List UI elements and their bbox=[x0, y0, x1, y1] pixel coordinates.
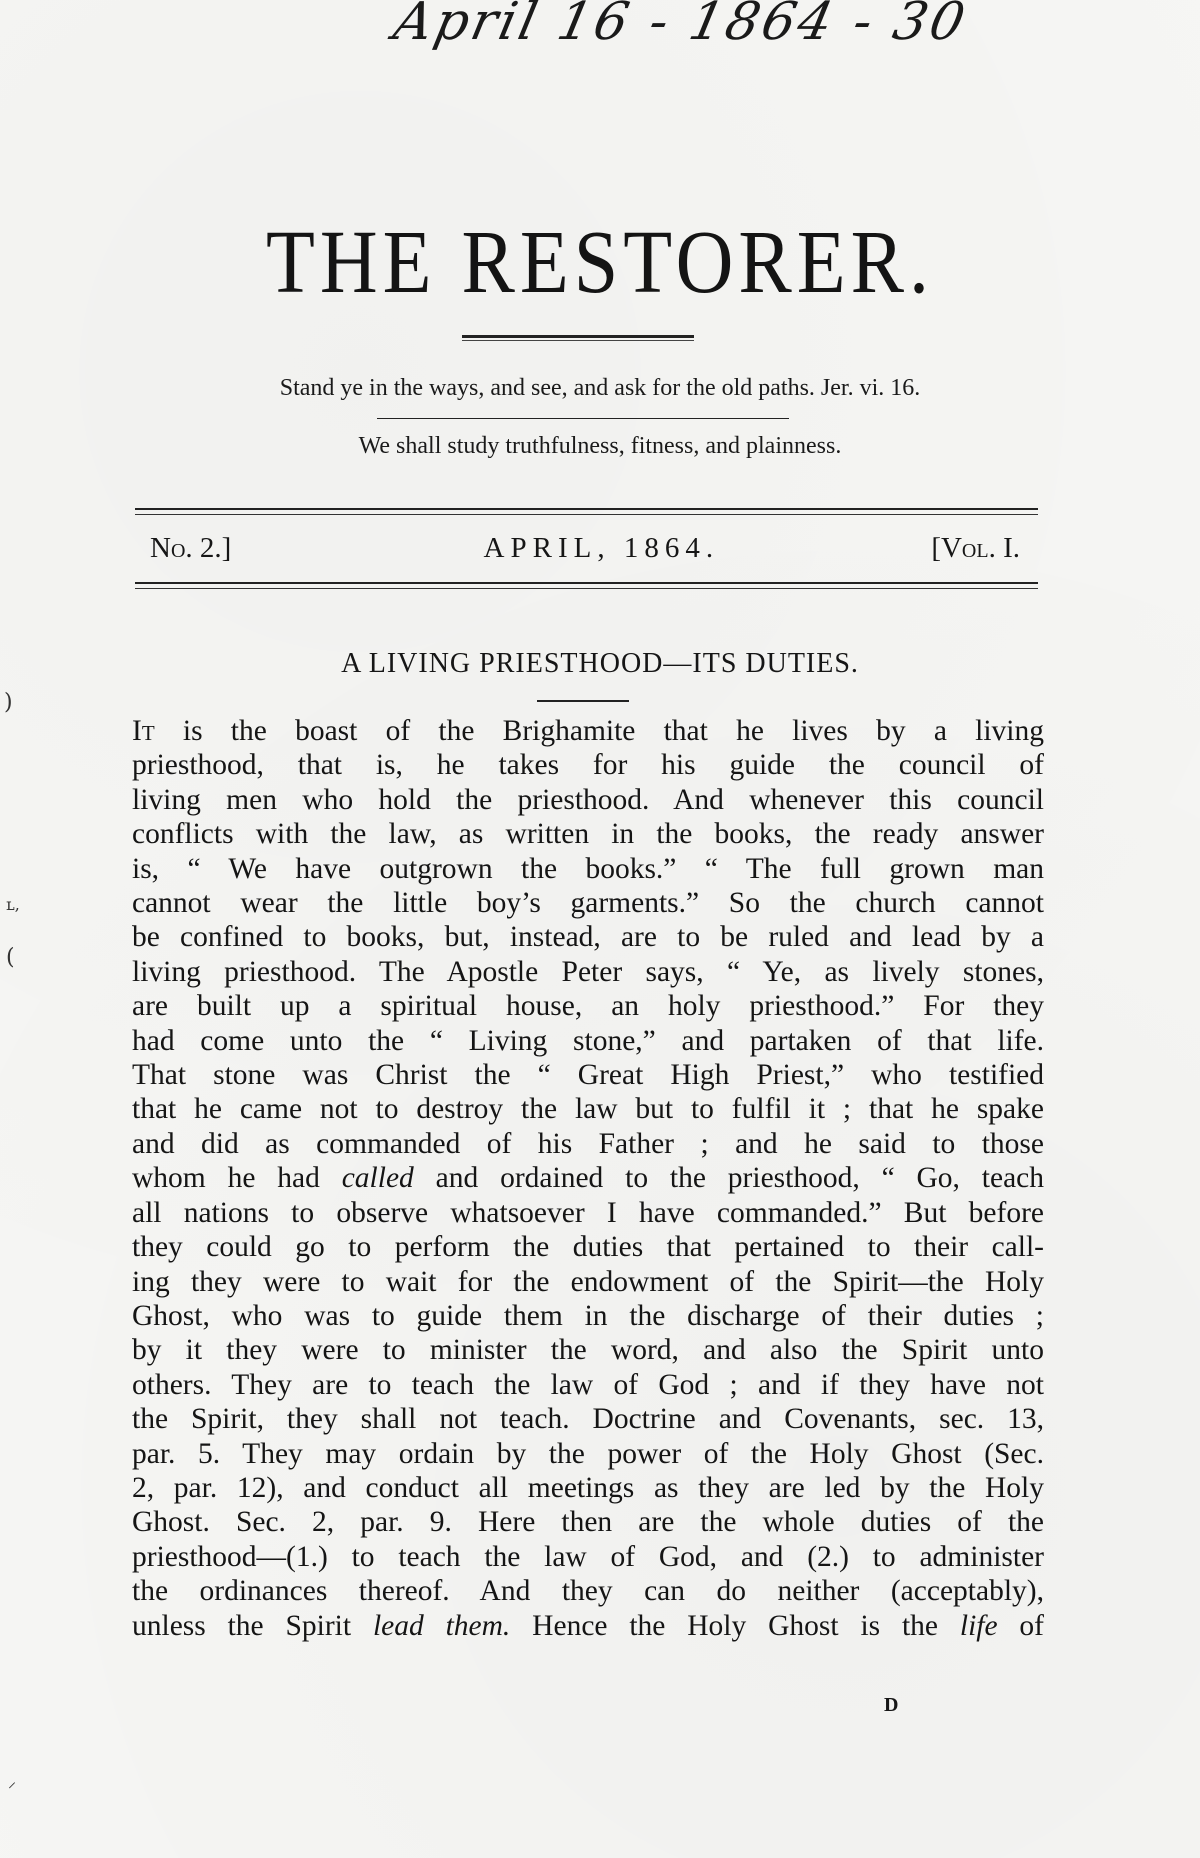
drop-lead: It bbox=[132, 715, 155, 747]
masthead-divider bbox=[462, 335, 694, 341]
article-line: they could go to perform the duties that… bbox=[132, 1230, 1044, 1264]
article-line: unless the Spirit lead them. Hence the H… bbox=[132, 1609, 1044, 1643]
article-line: It is the boast of the Brighamite that h… bbox=[132, 714, 1044, 748]
article-line: by it they were to minister the word, an… bbox=[132, 1333, 1044, 1367]
article-title-divider bbox=[537, 700, 629, 702]
article-body: It is the boast of the Brighamite that h… bbox=[132, 714, 1044, 1643]
article-line: had come unto the “ Living stone,” and p… bbox=[132, 1024, 1044, 1058]
article-line: cannot wear the little boy’s garments.” … bbox=[132, 886, 1044, 920]
article-line: Ghost. Sec. 2, par. 9. Here then are the… bbox=[132, 1505, 1044, 1539]
article-line: priesthood—(1.) to teach the law of God,… bbox=[132, 1540, 1044, 1574]
article-line: Ghost, who was to guide them in the disc… bbox=[132, 1299, 1044, 1333]
issue-line: No. 2.] APRIL, 1864. [Vol. I. bbox=[150, 532, 1020, 565]
margin-mark: ) bbox=[4, 690, 13, 715]
signature-mark: D bbox=[884, 1694, 898, 1717]
article-line: are built up a spiritual house, an holy … bbox=[132, 989, 1044, 1023]
article-line: par. 5. They may ordain by the power of … bbox=[132, 1437, 1044, 1471]
article-title: A LIVING PRIESTHOOD—ITS DUTIES. bbox=[0, 648, 1200, 680]
issue-rule-top bbox=[135, 508, 1038, 515]
article-line: is, “ We have outgrown the books.” “ The… bbox=[132, 852, 1044, 886]
article-line: the Spirit, they shall not teach. Doctri… bbox=[132, 1402, 1044, 1436]
article-line: living priesthood. The Apostle Peter say… bbox=[132, 955, 1044, 989]
article-line: others. They are to teach the law of God… bbox=[132, 1368, 1044, 1402]
issue-volume: [Vol. I. bbox=[931, 532, 1020, 565]
article-line: all nations to observe whatsoever I have… bbox=[132, 1196, 1044, 1230]
issue-rule-bottom bbox=[135, 582, 1038, 589]
article-line: 2, par. 12), and conduct all meetings as… bbox=[132, 1471, 1044, 1505]
issue-number: No. 2.] bbox=[150, 532, 231, 565]
margin-mark: ʟ, bbox=[6, 895, 20, 914]
article-line: conflicts with the law, as written in th… bbox=[132, 817, 1044, 851]
article-line: That stone was Christ the “ Great High P… bbox=[132, 1058, 1044, 1092]
motto-divider bbox=[377, 418, 789, 419]
article-line: living men who hold the priesthood. And … bbox=[132, 783, 1044, 817]
article-line: priesthood, that is, he takes for his gu… bbox=[132, 748, 1044, 782]
margin-mark: ( bbox=[6, 945, 15, 970]
article-line: the ordinances thereof. And they can do … bbox=[132, 1574, 1044, 1608]
margin-mark: ⸝ bbox=[8, 1770, 16, 1792]
article-line: be confined to books, but, instead, are … bbox=[132, 920, 1044, 954]
masthead-title: THE RESTORER. bbox=[0, 213, 1200, 315]
article-line: that he came not to destroy the law but … bbox=[132, 1092, 1044, 1126]
article-line: and did as commanded of his Father ; and… bbox=[132, 1127, 1044, 1161]
article-line: ing they were to wait for the endowment … bbox=[132, 1265, 1044, 1299]
motto-principles: We shall study truthfulness, fitness, an… bbox=[0, 433, 1200, 460]
handwritten-date-note: April 16 - 1864 - 30 bbox=[389, 0, 973, 52]
issue-date: APRIL, 1864. bbox=[484, 532, 720, 565]
scanned-page: April 16 - 1864 - 30 THE RESTORER. Stand… bbox=[0, 0, 1200, 1858]
article-line: whom he had called and ordained to the p… bbox=[132, 1161, 1044, 1195]
motto-scripture: Stand ye in the ways, and see, and ask f… bbox=[0, 375, 1200, 402]
